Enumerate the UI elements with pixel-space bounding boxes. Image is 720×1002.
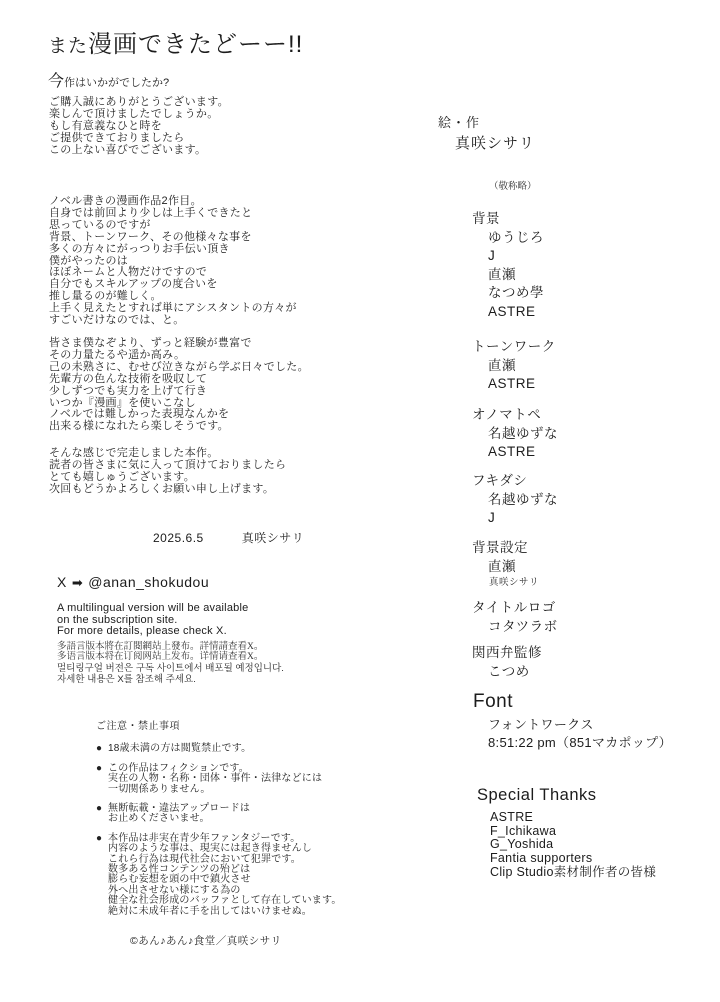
credit-members: コタツラボ <box>472 618 558 637</box>
credit-section-font: Font フォントワークス 8:51:22 pm（851マカポップ） <box>473 691 672 752</box>
sns-handle: @anan_shokudou <box>88 574 209 590</box>
notice-text: 18歳未満の方は閲覧禁止です。 <box>108 744 251 754</box>
credit-section-kansai-dialect: 関西弁監修 こつめ <box>472 644 542 681</box>
credit-section-label: 背景設定 <box>472 539 539 558</box>
credit-members: 名越ゆずな J <box>472 491 558 528</box>
afterword-paragraph-2: ノベル書きの漫画作品2作目。 自身では前回より少しは上手くできたと 思っているの… <box>49 196 297 327</box>
credit-role-label: 絵・作 <box>438 112 480 131</box>
credit-section-label: フキダシ <box>472 472 558 491</box>
bullet-icon: ● <box>96 804 108 825</box>
notice-text: 無断転載・違法アップロードは お止めくださいませ。 <box>108 804 250 825</box>
credit-author-name: 真咲シサリ <box>455 132 535 153</box>
bullet-icon: ● <box>96 764 108 795</box>
notice-item: ● この作品はフィクションです。 実在の人物・名称・団体・事件・法律などには 一… <box>96 764 342 795</box>
special-thanks-members: ASTRE F_Ichikawa G_Yoshida Fantia suppor… <box>477 811 656 880</box>
credit-section-speech-balloons: フキダシ 名越ゆずな J <box>472 472 558 528</box>
special-thanks-label: Special Thanks <box>477 786 656 805</box>
credit-members: 直瀬 <box>472 558 539 577</box>
credit-section-background-design: 背景設定 直瀬 真咲シサリ <box>472 539 539 589</box>
notice-text: 本作品は非実在青少年ファンタジーです。 内容のような事は、現実には起き得ませんし… <box>108 834 342 917</box>
credit-section-label: タイトルロゴ <box>472 599 558 618</box>
afterword-paragraph-3: 皆さま僕なぞより、ずっと経験が豊富で その力量たるや遥か高み。 己の未熟さに、む… <box>49 338 309 433</box>
notice-item: ● 18歳未満の方は閲覧禁止です。 <box>96 744 342 754</box>
sns-handle-line: X➡@anan_shokudou <box>57 574 209 591</box>
arrow-right-icon: ➡ <box>72 575 83 590</box>
notices-section: ご注意・禁止事項 ● 18歳未満の方は閲覧禁止です。 ● この作品はフィクション… <box>96 722 342 926</box>
credit-section-label: オノマトペ <box>472 406 558 425</box>
credit-section-onomatopoeia: オノマトペ 名越ゆずな ASTRE <box>472 406 558 462</box>
credit-section-label: Font <box>473 691 672 713</box>
credit-section-tonework: トーンワーク 直瀬 ASTRE <box>472 338 556 394</box>
credit-members: 名越ゆずな ASTRE <box>472 425 558 462</box>
copyright-line: ©あん♪あん♪食堂／真咲シサリ <box>130 933 282 948</box>
signature-line: 2025.6.5真咲シサリ <box>153 529 304 546</box>
credit-sub-member: 真咲シサリ <box>472 576 539 589</box>
credit-members: ゆうじろ J 直瀬 なつめ學 ASTRE <box>472 229 544 322</box>
page-title: また漫画できたどーー!! <box>48 24 303 59</box>
greeting-line: 今作はいかがでしたか? <box>48 68 169 91</box>
credit-section-background: 背景 ゆうじろ J 直瀬 なつめ學 ASTRE <box>472 210 544 322</box>
signature-name: 真咲シサリ <box>242 531 305 545</box>
multilingual-note-ko: 멀티링구얼 버전은 구독 사이트에서 배포될 예정입니다. 자세한 내용은 X를… <box>57 664 284 685</box>
credit-section-label: 関西弁監修 <box>472 644 542 663</box>
multilingual-note-en: A multilingual version will be available… <box>57 603 248 638</box>
honorifics-note: （敬称略） <box>489 178 537 192</box>
credit-members: フォントワークス 8:51:22 pm（851マカポップ） <box>473 716 672 752</box>
afterword-page: また漫画できたどーー!! 今作はいかがでしたか? ご購入誠にありがとうございます… <box>0 0 720 1002</box>
special-thanks-section: Special Thanks ASTRE F_Ichikawa G_Yoshid… <box>477 786 656 880</box>
credit-section-label: 背景 <box>472 210 544 229</box>
afterword-paragraph-4: そんな感じで完走しました本作。 読者の皆さまに気に入って頂けておりましたら とて… <box>49 448 286 496</box>
notice-text: この作品はフィクションです。 実在の人物・名称・団体・事件・法律などには 一切関… <box>108 764 322 795</box>
credit-section-label: トーンワーク <box>472 338 556 357</box>
greeting-text: 作はいかがでしたか? <box>64 77 169 89</box>
signature-date: 2025.6.5 <box>153 531 204 545</box>
page-title-prefix: また <box>48 36 88 57</box>
notice-item: ● 本作品は非実在青少年ファンタジーです。 内容のような事は、現実には起き得ませ… <box>96 834 342 917</box>
notice-item: ● 無断転載・違法アップロードは お止めくださいませ。 <box>96 804 342 825</box>
bullet-icon: ● <box>96 744 108 754</box>
page-title-main: 漫画できたどーー!! <box>88 31 303 58</box>
bullet-icon: ● <box>96 834 108 917</box>
sns-platform-label: X <box>57 574 67 590</box>
afterword-paragraph-1: ご購入誠にありがとうございます。 楽しんで頂けましたでしょうか。 もし有意義なひ… <box>49 97 229 157</box>
credit-members: 直瀬 ASTRE <box>472 357 556 394</box>
credit-section-title-logo: タイトルロゴ コタツラボ <box>472 599 558 636</box>
multilingual-note-zh: 多語言版本將在訂閱網站上發布。詳情請查看X。 多语言版本将在订阅网站上发布。详情… <box>57 643 263 663</box>
greeting-lead-char: 今 <box>48 73 64 90</box>
notices-heading: ご注意・禁止事項 <box>96 722 342 732</box>
credit-members: こつめ <box>472 663 542 682</box>
